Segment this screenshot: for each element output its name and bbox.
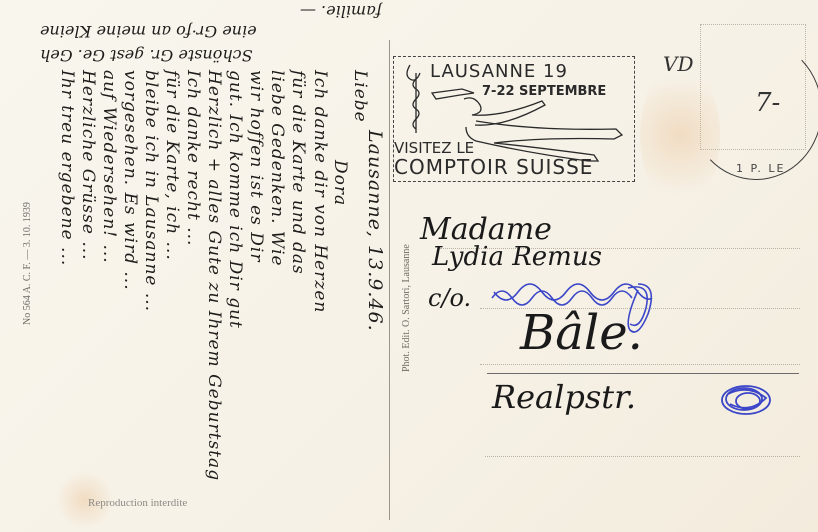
cancellation-slogan-2: COMPTOIR SUISSE xyxy=(394,155,593,179)
message-body-line: vorgesehen. Es wird ... xyxy=(120,70,140,291)
message-body-line: wir hoffen ist es Dir xyxy=(246,70,266,262)
card-printed-code: No 564 A. C. F. — 3. 10. 1939 xyxy=(22,202,33,325)
message-body-line: für die Karte und das xyxy=(288,70,308,275)
address-care-of: c/o. xyxy=(428,284,471,312)
publisher-imprint: Phot. Edit. O. Sartori, Lausanne xyxy=(401,244,412,372)
message-body-line: Ihr treu ergebene ... xyxy=(57,70,77,266)
message-body-line: Dora xyxy=(330,160,350,206)
message-body-line: liebe Gedenken. Wie xyxy=(267,70,287,267)
message-body-line: Ich danke recht ... xyxy=(183,70,203,246)
message-body-line: Herzliche Grüsse ... xyxy=(78,70,98,261)
blue-scribble-house-number xyxy=(714,380,778,420)
address-rule xyxy=(480,364,800,365)
message-top-line: familie. — xyxy=(300,2,382,21)
cancellation-dates: 7-22 SEPTEMBRE xyxy=(482,84,606,99)
center-divider xyxy=(389,40,390,520)
message-body-line: für die Karte, ich ... xyxy=(162,70,182,261)
address-rule xyxy=(485,456,800,457)
message-body-line: gut. Ich komme ich Dir gut xyxy=(225,70,245,329)
message-body-line: Ich danke dir von Herzen xyxy=(310,70,330,313)
postmark-text: 1 P. LE xyxy=(736,162,786,175)
address-solid-rule xyxy=(487,373,799,374)
message-top-line: eine Gr·fo an meine Kleine xyxy=(40,22,257,41)
message-top-line: Schönste Gr. gest Ge. Geh xyxy=(40,46,253,65)
message-body-line: Herzlich + alles Gute zu Ihrem Geburtsta… xyxy=(204,70,224,481)
postcard-back: No 564 A. C. F. — 3. 10. 1939 Phot. Edit… xyxy=(0,0,818,532)
message-body-line: bleibe ich in Lausanne ... xyxy=(141,70,161,312)
message-date-line: Lausanne, 13.9.46. xyxy=(364,130,386,332)
slogan-cancellation: LAUSANNE 19 7-22 SEPTEMBRE VISITEZ LE CO… xyxy=(393,56,635,182)
cancellation-city: LAUSANNE 19 xyxy=(430,61,568,82)
address-street: Realpstr. xyxy=(492,378,636,416)
address-name: Lydia Remus xyxy=(432,242,602,272)
message-body-line: Liebe xyxy=(350,70,370,123)
canton-mark: VD xyxy=(663,52,693,76)
postmark-ring xyxy=(690,40,818,180)
address-city: Bâle. xyxy=(520,305,643,361)
message-body-line: auf Wiedersehen! ... xyxy=(99,70,119,264)
reproduction-notice: Reproduction interdite xyxy=(88,497,187,509)
